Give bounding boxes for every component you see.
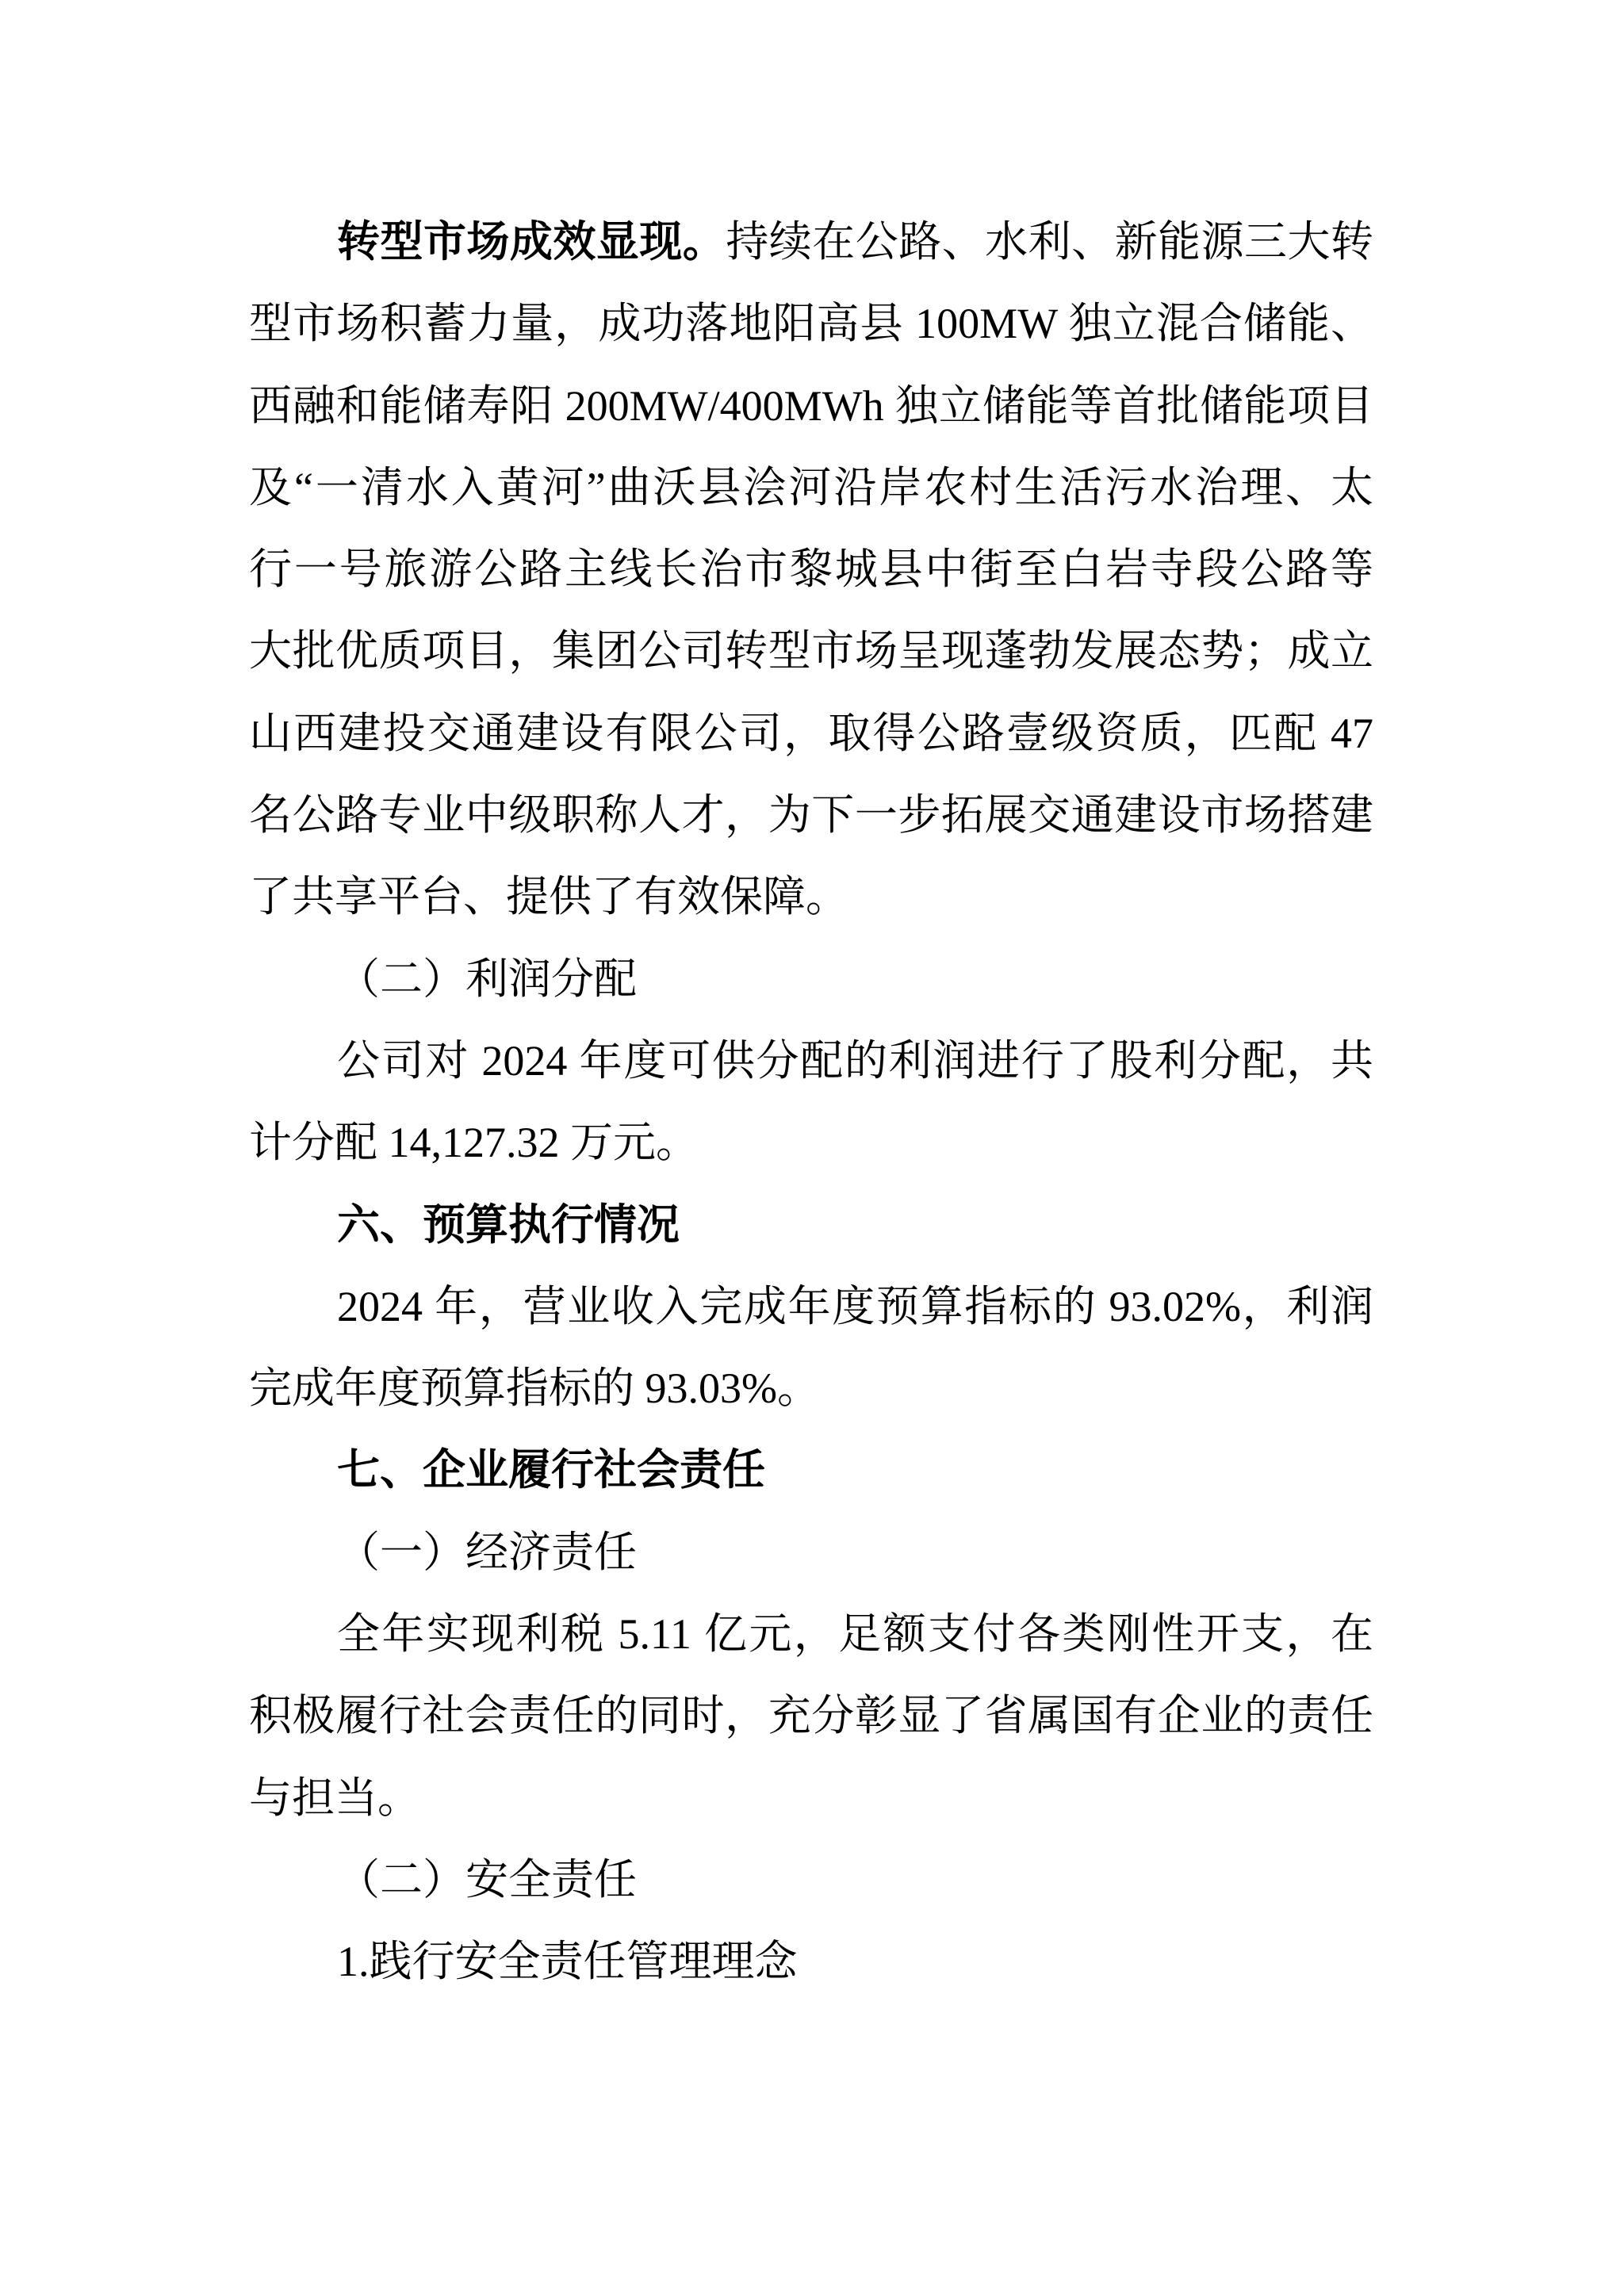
paragraph-lead-bold: 转型市场成效显现。 [337, 218, 726, 266]
paragraph-transformation-market: 转型市场成效显现。持续在公路、水利、新能源三大转 型市场积蓄力量，成功落地阳高县… [249, 201, 1373, 939]
subheading-safety-responsibility: （二）安全责任 [249, 1839, 1373, 1921]
text-line: 与担当。 [249, 1758, 1373, 1839]
text-line: 2024 年，营业收入完成年度预算指标的 93.02%，利润 [249, 1266, 1373, 1348]
text-line: 名公路专业中级职称人才，为下一步拓展交通建设市场搭建 [249, 775, 1373, 856]
paragraph-budget-execution: 2024 年，营业收入完成年度预算指标的 93.02%，利润 完成年度预算指标的… [249, 1266, 1373, 1430]
text-line: 行一号旅游公路主线长治市黎城县中街至白岩寺段公路等 [249, 529, 1373, 610]
text-line: 转型市场成效显现。持续在公路、水利、新能源三大转 [249, 201, 1373, 283]
paragraph-economic-responsibility: 全年实现利税 5.11 亿元，足额支付各类刚性开支，在 积极履行社会责任的同时，… [249, 1594, 1373, 1839]
text-line: 全年实现利税 5.11 亿元，足额支付各类刚性开支，在 [249, 1594, 1373, 1675]
text-line: 型市场积蓄力量，成功落地阳高县 100MW 独立混合储能、山 [249, 283, 1373, 365]
subheading-economic-responsibility: （一）经济责任 [249, 1512, 1373, 1594]
document-page: 转型市场成效显现。持续在公路、水利、新能源三大转 型市场积蓄力量，成功落地阳高县… [249, 201, 1373, 2003]
text-line: 山西建投交通建设有限公司，取得公路壹级资质，匹配 47 [249, 693, 1373, 775]
heading-social-responsibility: 七、企业履行社会责任 [249, 1429, 1373, 1511]
text-line: 大批优质项目，集团公司转型市场呈现蓬勃发展态势；成立 [249, 610, 1373, 692]
text-line: 及“一清水入黄河”曲沃县浍河沿岸农村生活污水治理、太 [249, 447, 1373, 529]
subheading-profit-distribution: （二）利润分配 [249, 939, 1373, 1020]
paragraph-profit-distribution: 公司对 2024 年度可供分配的利润进行了股利分配，共 计分配 14,127.3… [249, 1020, 1373, 1184]
text-line: 计分配 14,127.32 万元。 [249, 1102, 1373, 1184]
text-line: 西融和能储寿阳 200MW/400MWh 独立储能等首批储能项目以 [249, 365, 1373, 447]
list-item-safety-concept: 1.践行安全责任管理理念 [249, 1921, 1373, 2003]
text-line: 公司对 2024 年度可供分配的利润进行了股利分配，共 [249, 1020, 1373, 1102]
heading-budget-execution: 六、预算执行情况 [249, 1184, 1373, 1266]
text-run: 持续在公路、水利、新能源三大转 [726, 218, 1373, 266]
text-line: 完成年度预算指标的 93.03%。 [249, 1348, 1373, 1429]
text-line: 了共享平台、提供了有效保障。 [249, 856, 1373, 938]
text-line: 积极履行社会责任的同时，充分彰显了省属国有企业的责任 [249, 1675, 1373, 1757]
